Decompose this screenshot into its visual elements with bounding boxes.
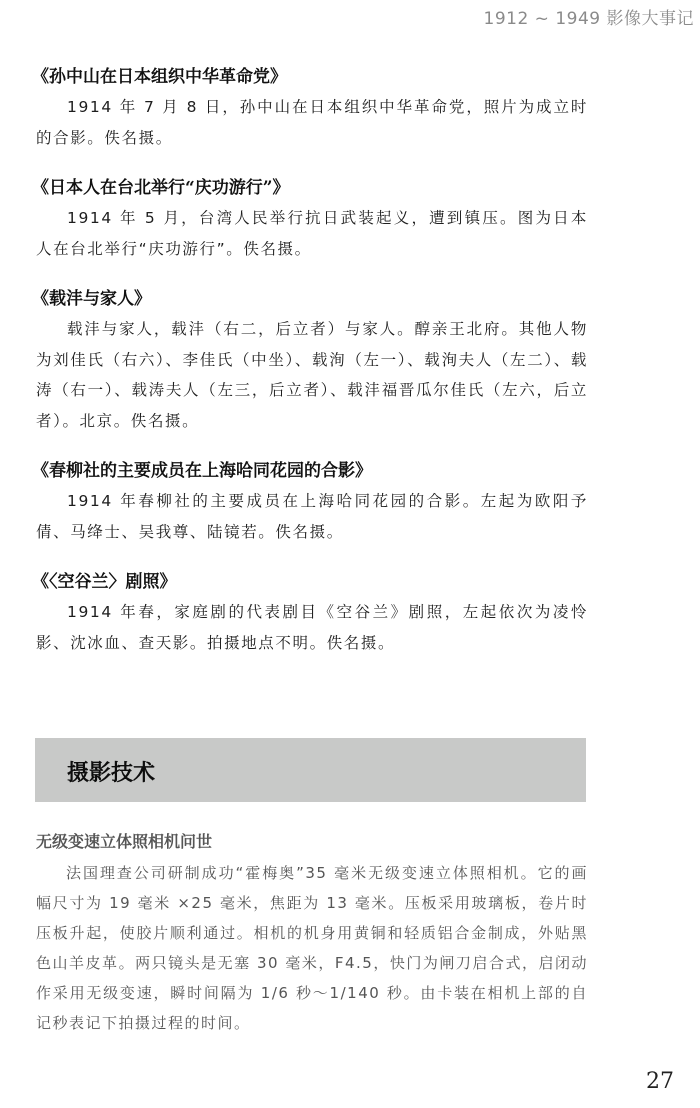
- entry-title: 《载沣与家人》: [32, 284, 588, 314]
- entry-title: 《〈空谷兰〉剧照》: [32, 567, 588, 597]
- page-number: 27: [646, 1069, 674, 1094]
- entry-body: 1914 年 5 月，台湾人民举行抗日武装起义，遭到镇压。图为日本人在台北举行“…: [36, 203, 588, 264]
- entry-body: 1914 年春，家庭剧的代表剧目《空谷兰》剧照，左起依次为凌怜影、沈冰血、查天影…: [36, 597, 588, 658]
- entry-title: 《孙中山在日本组织中华革命党》: [32, 62, 588, 92]
- section-banner: 摄影技术: [35, 738, 586, 802]
- article-body: 法国理查公司研制成功“霍梅奥”35 毫米无级变速立体照相机。它的画幅尺寸为 19…: [36, 858, 588, 1038]
- entry: 《载沣与家人》 载沣与家人，载沣（右二，后立者）与家人。醇亲王北府。其他人物为刘…: [36, 284, 588, 436]
- entry-body: 1914 年春柳社的主要成员在上海哈同花园的合影。左起为欧阳予倩、马绛士、吴我尊…: [36, 486, 588, 547]
- entry: 《日本人在台北举行“庆功游行”》 1914 年 5 月，台湾人民举行抗日武装起义…: [36, 173, 588, 264]
- article: 无级变速立体照相机问世 法国理查公司研制成功“霍梅奥”35 毫米无级变速立体照相…: [36, 828, 588, 1038]
- entry: 《〈空谷兰〉剧照》 1914 年春，家庭剧的代表剧目《空谷兰》剧照，左起依次为凌…: [36, 567, 588, 658]
- entry-title: 《日本人在台北举行“庆功游行”》: [32, 173, 588, 203]
- entry-title: 《春柳社的主要成员在上海哈同花园的合影》: [32, 456, 588, 486]
- entry-body: 载沣与家人，载沣（右二，后立者）与家人。醇亲王北府。其他人物为刘佳氏（右六）、李…: [36, 314, 588, 436]
- entry-body: 1914 年 7 月 8 日，孙中山在日本组织中华革命党，照片为成立时的合影。佚…: [36, 92, 588, 153]
- running-header: 1912 ~ 1949 影像大事记: [484, 4, 694, 29]
- photo-entries: 《孙中山在日本组织中华革命党》 1914 年 7 月 8 日，孙中山在日本组织中…: [36, 62, 588, 678]
- entry: 《春柳社的主要成员在上海哈同花园的合影》 1914 年春柳社的主要成员在上海哈同…: [36, 456, 588, 547]
- entry: 《孙中山在日本组织中华革命党》 1914 年 7 月 8 日，孙中山在日本组织中…: [36, 62, 588, 153]
- section-title: 摄影技术: [67, 756, 155, 787]
- article-title: 无级变速立体照相机问世: [36, 828, 588, 856]
